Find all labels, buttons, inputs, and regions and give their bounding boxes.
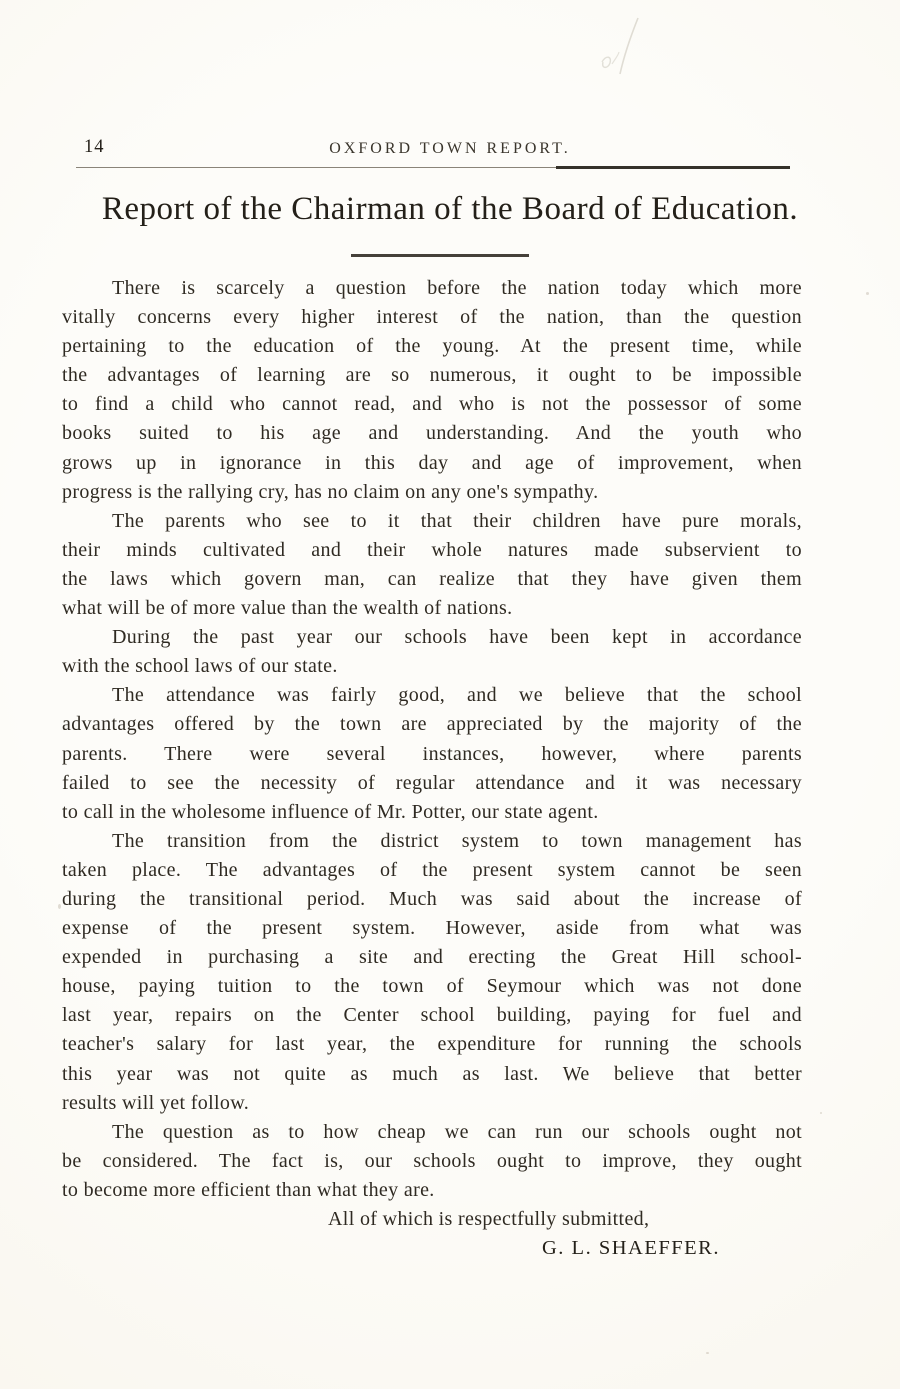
text-line: pertaining to the education of the young… [62,332,802,361]
paper-speck [58,904,61,909]
paragraphs-container: There is scarcely a question before the … [62,274,802,1205]
text-line: with the school laws of our state. [62,652,802,681]
text-line: teacher's salary for last year, the expe… [62,1030,802,1059]
paragraph: The parents who see to it that their chi… [62,507,802,623]
text-line: this year was not quite as much as last.… [62,1060,802,1089]
text-line: to call in the wholesome influence of Mr… [62,798,802,827]
text-line: The attendance was fairly good, and we b… [62,681,802,710]
paragraph: The transition from the district system … [62,827,802,1118]
text-line: grows up in ignorance in this day and ag… [62,449,802,478]
text-line: during the transitional period. Much was… [62,885,802,914]
text-line: expended in purchasing a site and erecti… [62,943,802,972]
text-line: the laws which govern man, can realize t… [62,565,802,594]
text-line: expense of the present system. However, … [62,914,802,943]
text-line: progress is the rallying cry, has no cla… [62,478,802,507]
paper-speck [706,1352,709,1354]
text-line: The question as to how cheap we can run … [62,1118,802,1147]
text-line: to become more efficient than what they … [62,1176,802,1205]
text-line: During the past year our schools have be… [62,623,802,652]
text-line: The parents who see to it that their chi… [62,507,802,536]
paragraph: There is scarcely a question before the … [62,274,802,507]
header-rule [76,165,790,169]
header-rule-thick-segment [556,166,790,169]
page-title: Report of the Chairman of the Board of E… [0,191,900,228]
text-line: advantages offered by the town are appre… [62,710,802,739]
paper-speck [866,292,869,295]
text-line: the advantages of learning are so numero… [62,361,802,390]
paper-speck [820,1112,822,1114]
text-line: parents. There were several instances, h… [62,740,802,769]
text-line: books suited to his age and understandin… [62,419,802,448]
pencil-mark-artifact [592,12,656,86]
document-page: 14 OXFORD TOWN REPORT. Report of the Cha… [0,0,900,1389]
text-line: be considered. The fact is, our schools … [62,1147,802,1176]
running-header: OXFORD TOWN REPORT. [0,140,900,158]
text-line: results will yet follow. [62,1089,802,1118]
paragraph: The question as to how cheap we can run … [62,1118,802,1205]
closing-line: All of which is respectfully submitted, [328,1205,802,1234]
text-line: their minds cultivated and their whole n… [62,536,802,565]
title-divider [351,254,529,257]
text-line: vitally concerns every higher interest o… [62,303,802,332]
paragraph: During the past year our schools have be… [62,623,802,681]
header-rule-thin-segment [76,167,558,168]
text-line: house, paying tuition to the town of Sey… [62,972,802,1001]
text-line: The transition from the district system … [62,827,802,856]
text-line: failed to see the necessity of regular a… [62,769,802,798]
text-line: last year, repairs on the Center school … [62,1001,802,1030]
text-line: to find a child who cannot read, and who… [62,390,802,419]
text-line: taken place. The advantages of the prese… [62,856,802,885]
signature: G. L. SHAEFFER. [542,1234,802,1263]
text-line: what will be of more value than the weal… [62,594,802,623]
text-line: There is scarcely a question before the … [62,274,802,303]
paragraph: The attendance was fairly good, and we b… [62,681,802,826]
body-text: There is scarcely a question before the … [62,274,802,1263]
